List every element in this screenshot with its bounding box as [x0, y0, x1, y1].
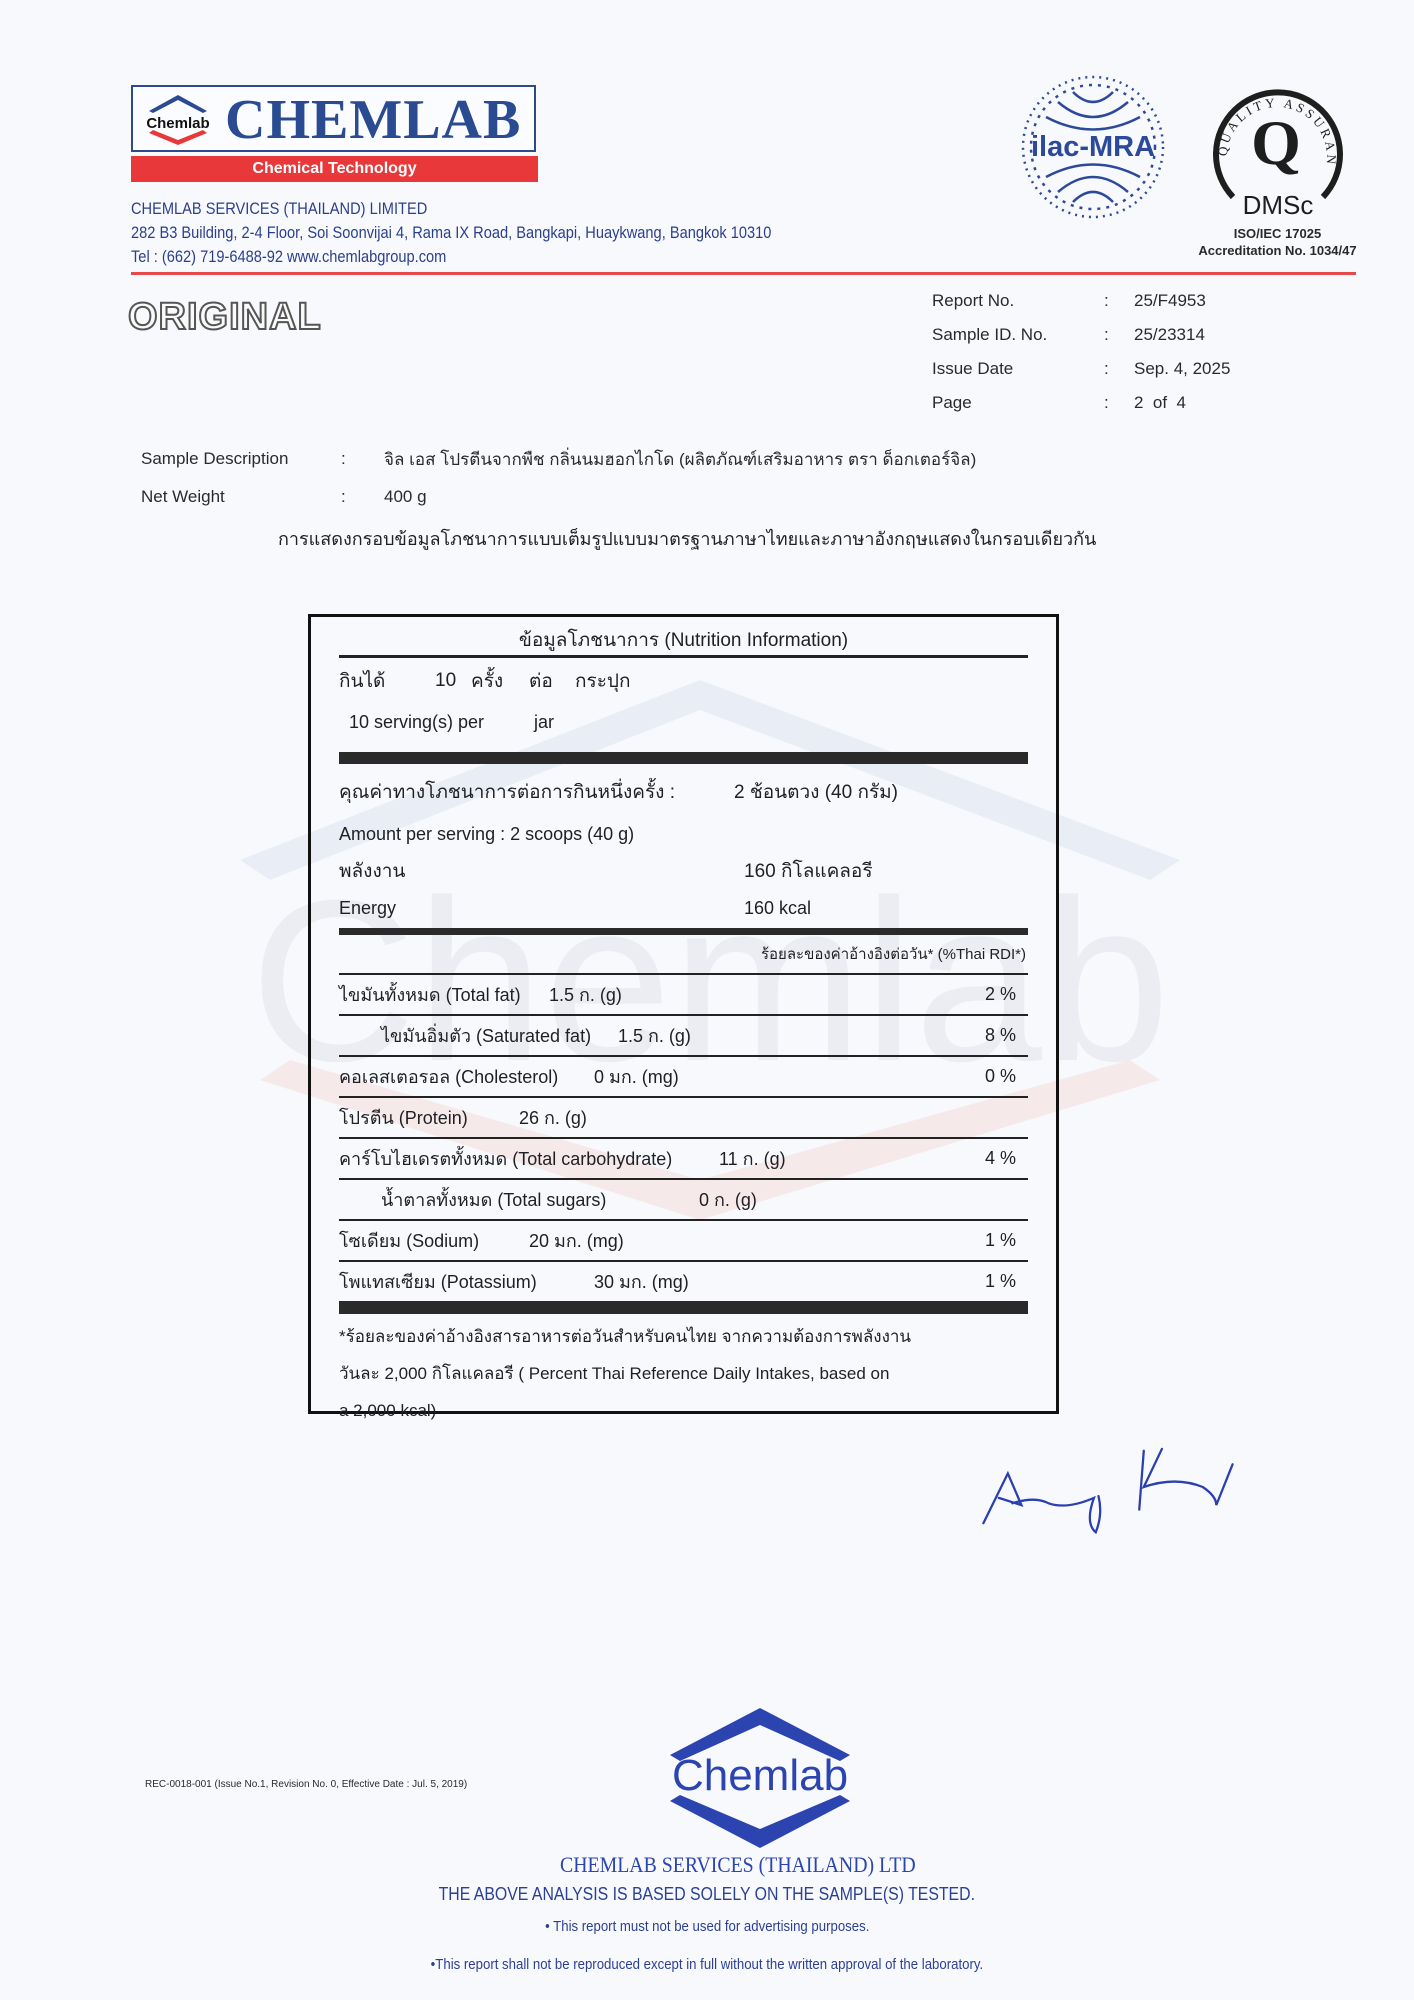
rdi-header: ร้อยละของค่าอ้างอิงต่อวัน* (%Thai RDI*)	[339, 935, 1028, 973]
nutrient-amount: 26 ก. (g)	[519, 1103, 587, 1132]
rdi-footnote: *ร้อยละของค่าอ้างอิงสารอาหารต่อวันสำหรับ…	[339, 1314, 1028, 1429]
net-weight: 400 g	[384, 487, 427, 507]
per-serving-th: คุณค่าทางโภชนาการต่อการกินหนึ่งครั้ง : 2…	[339, 764, 1028, 816]
page-row: Page: 2 of 4	[932, 386, 1230, 420]
nutrient-name: โพแทสเซียม (Potassium)	[339, 1267, 594, 1296]
nutrition-title: ข้อมูลโภชนาการ (Nutrition Information)	[339, 617, 1028, 655]
logo-tagline: Chemical Technology	[131, 156, 538, 182]
nutrient-amount: 11 ก. (g)	[719, 1144, 786, 1173]
nutrient-amount: 1.5 ก. (g)	[618, 1021, 691, 1050]
signature	[958, 1432, 1248, 1542]
sample-description: จิล เอส โปรตีนจากพืช กลิ่นนมฮอกไกโด (ผลิ…	[384, 446, 976, 473]
nutrient-name: คาร์โบไฮเดรตทั้งหมด (Total carbohydrate)	[339, 1144, 719, 1173]
per-serving-en: Amount per serving : 2 scoops (40 g)	[339, 816, 1028, 852]
sample-id: 25/23314	[1134, 325, 1205, 345]
nutrient-row: โซเดียม (Sodium)20 มก. (mg)1 %	[339, 1221, 1028, 1260]
nutrient-amount: 0 มก. (mg)	[594, 1062, 679, 1091]
quality-assurance-dmsc-icon: QUALITY ASSURANCE Q DMSc	[1198, 72, 1354, 222]
nutrient-rdi-percent: 4 %	[985, 1148, 1028, 1169]
report-no-row: Report No.: 25/F4953	[932, 284, 1230, 318]
stamp-company-name: CHEMLAB SERVICES (THAILAND) LTD	[560, 1852, 916, 1878]
ilac-mra-icon: ilac-MRA	[1018, 72, 1168, 222]
issue-date: Sep. 4, 2025	[1134, 359, 1230, 379]
nutrient-amount: 30 มก. (mg)	[594, 1267, 689, 1296]
svg-text:ilac-MRA: ilac-MRA	[1031, 131, 1155, 163]
company-name: CHEMLAB SERVICES (THAILAND) LIMITED	[131, 199, 427, 219]
logo-wordmark: CHEMLAB	[225, 89, 521, 151]
divider-thick	[339, 1301, 1028, 1314]
nutrient-name: โซเดียม (Sodium)	[339, 1226, 529, 1255]
nutrient-name: น้ำตาลทั้งหมด (Total sugars)	[381, 1185, 699, 1214]
svg-text:Chemlab: Chemlab	[146, 115, 209, 132]
company-address: 282 B3 Building, 2-4 Floor, Soi Soonvija…	[131, 223, 771, 243]
nutrient-rdi-percent: 8 %	[985, 1025, 1028, 1046]
nutrient-rows: ไขมันทั้งหมด (Total fat)1.5 ก. (g)2 %ไขม…	[339, 973, 1028, 1301]
iso-standard: ISO/IEC 17025	[1200, 226, 1355, 241]
nutrient-name: ไขมันอิ่มตัว (Saturated fat)	[381, 1021, 618, 1050]
servings-en: 10 serving(s) per jar	[339, 704, 1028, 740]
form-reference: REC-0018-001 (Issue No.1, Revision No. 0…	[145, 1779, 467, 1790]
nutrient-row: ไขมันทั้งหมด (Total fat)1.5 ก. (g)2 %	[339, 975, 1028, 1014]
nutrient-amount: 0 ก. (g)	[699, 1185, 757, 1214]
nutrient-row: คอเลสเตอรอล (Cholesterol)0 มก. (mg)0 %	[339, 1057, 1028, 1096]
report-meta: Report No.: 25/F4953 Sample ID. No.: 25/…	[932, 284, 1230, 420]
servings-th: กินได้ 10 ครั้ง ต่อ กระปุก	[339, 658, 1028, 704]
nutrient-row: น้ำตาลทั้งหมด (Total sugars)0 ก. (g)	[339, 1180, 1028, 1219]
nutrition-facts-panel: ข้อมูลโภชนาการ (Nutrition Information) ก…	[308, 614, 1059, 1414]
energy-th: พลังงาน 160 กิโลแคลอรี	[339, 852, 1028, 890]
issue-date-row: Issue Date: Sep. 4, 2025	[932, 352, 1230, 386]
accreditation-number: Accreditation No. 1034/47	[1190, 243, 1365, 258]
chemlab-logo: Chemlab CHEMLAB	[131, 85, 536, 152]
sample-info: Sample Description: จิล เอส โปรตีนจากพืช…	[141, 440, 976, 516]
nutrient-rdi-percent: 2 %	[985, 984, 1028, 1005]
sample-id-row: Sample ID. No.: 25/23314	[932, 318, 1230, 352]
chemlab-mark-icon: Chemlab	[143, 93, 213, 147]
nutrient-row: โปรตีน (Protein)26 ก. (g)	[339, 1098, 1028, 1137]
label-format-note: การแสดงกรอบข้อมูลโภชนาการแบบเต็มรูปแบบมา…	[278, 524, 1096, 553]
nutrient-row: โพแทสเซียม (Potassium)30 มก. (mg)1 %	[339, 1262, 1028, 1301]
svg-text:Q: Q	[1251, 107, 1301, 178]
svg-text:DMSc: DMSc	[1243, 190, 1314, 220]
reproduction-notice: •This report shall not be reproduced exc…	[0, 1956, 1414, 1973]
header-divider	[131, 272, 1356, 275]
nutrient-rdi-percent: 1 %	[985, 1230, 1028, 1251]
advertising-notice: • This report must not be used for adver…	[0, 1918, 1414, 1935]
divider-thick	[339, 752, 1028, 764]
svg-text:Chemlab: Chemlab	[672, 1751, 848, 1800]
nutrient-name: คอเลสเตอรอล (Cholesterol)	[339, 1062, 594, 1091]
energy-en: Energy 160 kcal	[339, 890, 1028, 926]
report-no: 25/F4953	[1134, 291, 1206, 311]
original-stamp: ORIGINAL	[128, 296, 322, 339]
nutrient-row: คาร์โบไฮเดรตทั้งหมด (Total carbohydrate)…	[339, 1139, 1028, 1178]
nutrient-name: โปรตีน (Protein)	[339, 1103, 519, 1132]
company-contact: Tel : (662) 719-6488-92 www.chemlabgroup…	[131, 247, 446, 267]
net-weight-row: Net Weight: 400 g	[141, 478, 976, 516]
sample-description-row: Sample Description: จิล เอส โปรตีนจากพืช…	[141, 440, 976, 478]
page-number: 2 of 4	[1134, 393, 1186, 413]
nutrient-rdi-percent: 1 %	[985, 1271, 1028, 1292]
nutrient-row: ไขมันอิ่มตัว (Saturated fat)1.5 ก. (g)8 …	[339, 1016, 1028, 1055]
analysis-disclaimer: THE ABOVE ANALYSIS IS BASED SOLELY ON TH…	[0, 1884, 1414, 1905]
divider-thick	[339, 928, 1028, 935]
nutrient-rdi-percent: 0 %	[985, 1066, 1028, 1087]
nutrient-amount: 20 มก. (mg)	[529, 1226, 624, 1255]
nutrient-name: ไขมันทั้งหมด (Total fat)	[339, 980, 549, 1009]
chemlab-stamp-logo-icon: Chemlab	[665, 1703, 855, 1851]
nutrient-amount: 1.5 ก. (g)	[549, 980, 622, 1009]
